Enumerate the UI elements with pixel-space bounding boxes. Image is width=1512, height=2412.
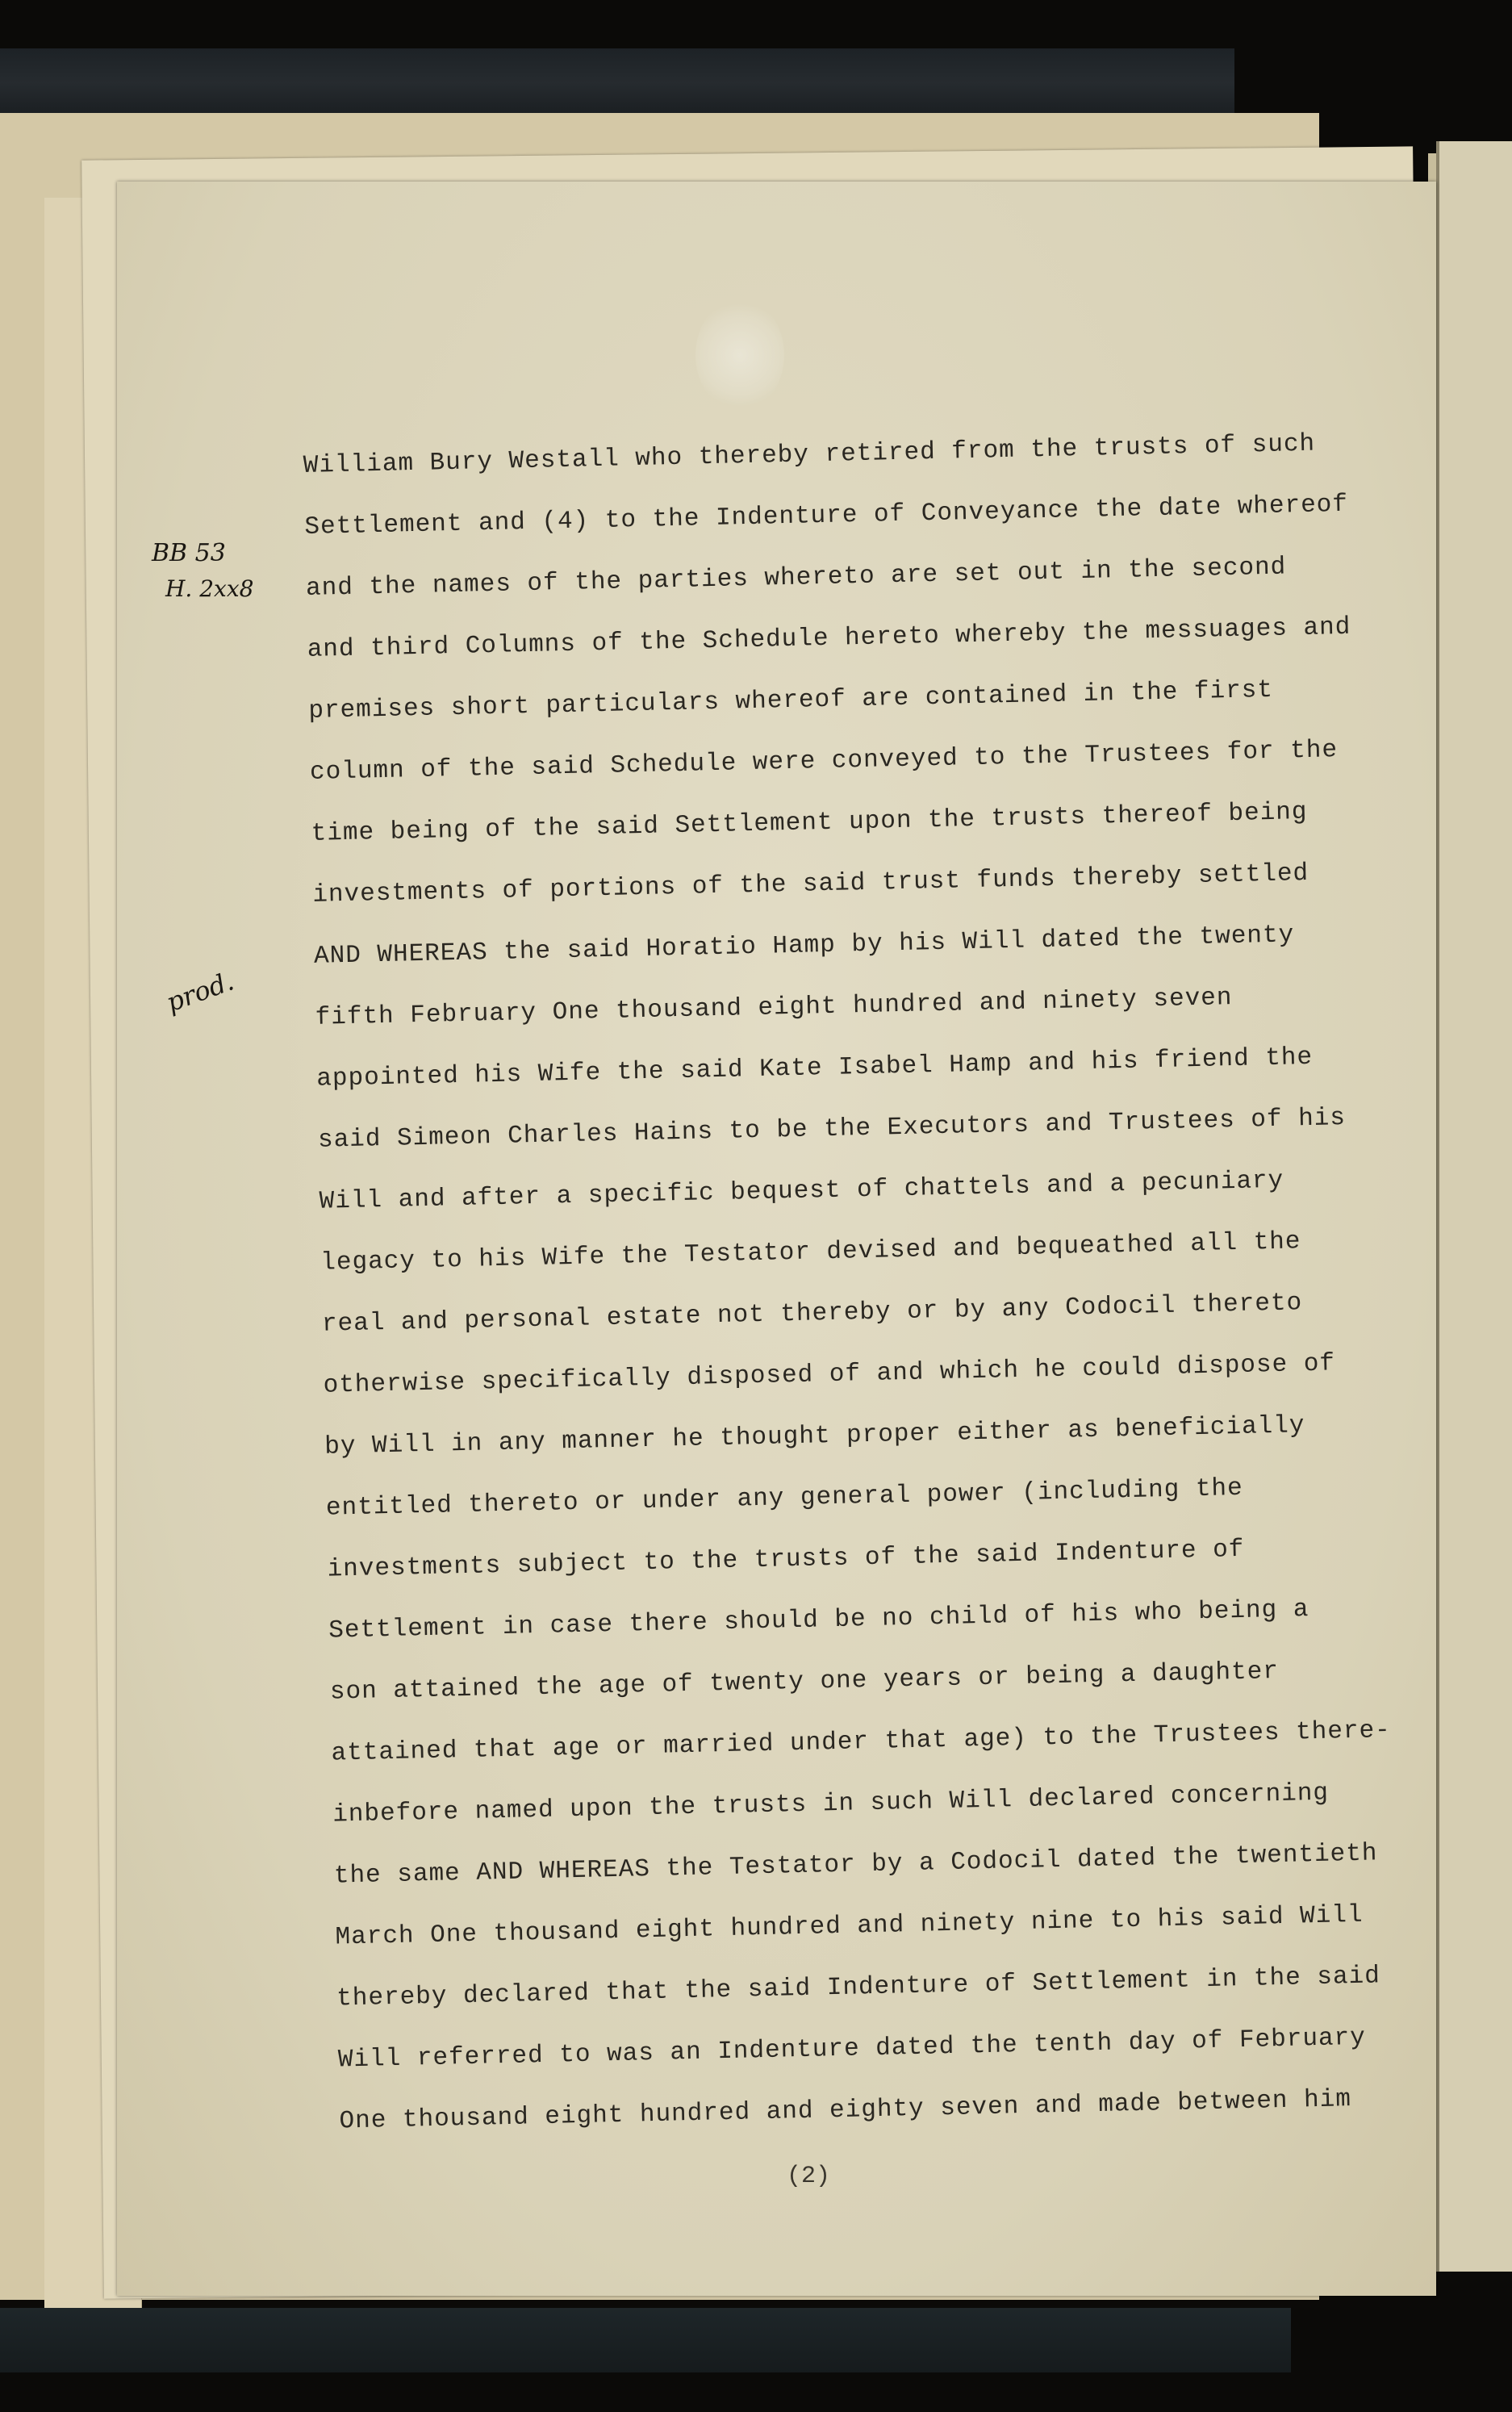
binding-cloth-top xyxy=(0,48,1234,117)
document-body: William Bury Westall who thereby retired… xyxy=(303,412,1453,2153)
margin-annotation: H. 2xx8 xyxy=(165,575,253,602)
margin-annotation: BB 53 xyxy=(152,539,226,567)
embossed-seal-icon xyxy=(695,299,784,412)
binding-cloth-bottom xyxy=(0,2308,1291,2372)
page-number: (2) xyxy=(787,2163,830,2190)
